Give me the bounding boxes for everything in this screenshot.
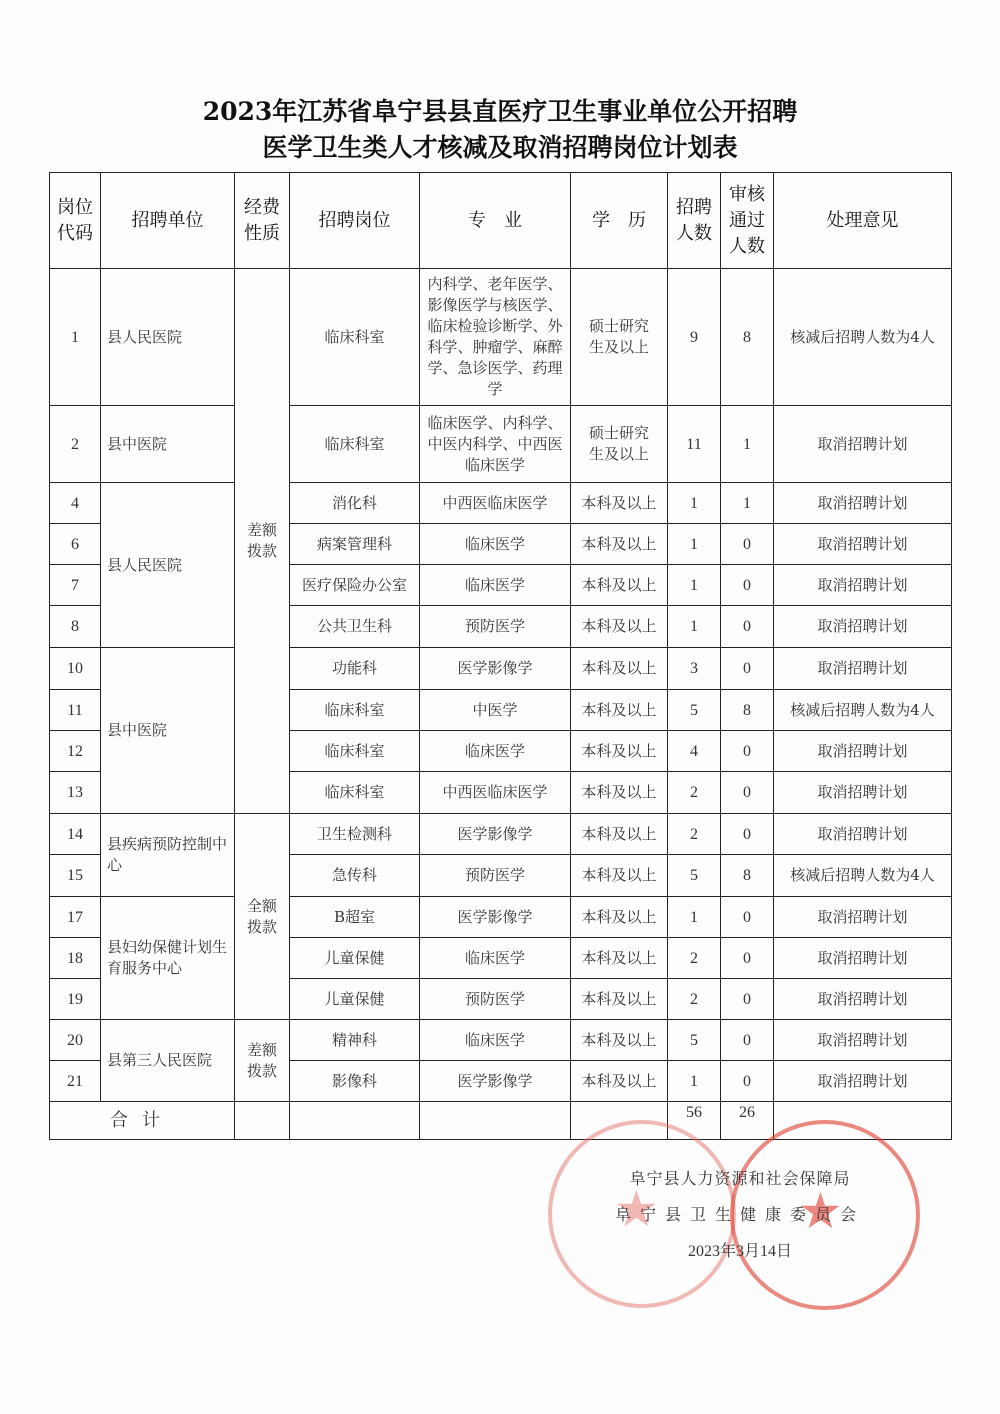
- cell-education: 本科及以上: [571, 483, 668, 524]
- cell-approved: 0: [721, 897, 774, 938]
- cell-approved: 0: [721, 565, 774, 606]
- cell-planned: 2: [668, 979, 721, 1020]
- cell-opinion: 取消招聘计划: [774, 772, 952, 814]
- header-funding: 经费性质: [235, 173, 290, 269]
- table-row: 20 县第三人民医院 差额拨款 精神科 临床医学 本科及以上 5 0 取消招聘计…: [50, 1020, 952, 1061]
- cell-position: 临床科室: [290, 269, 420, 406]
- cell-approved: 0: [721, 938, 774, 979]
- cell-education: 本科及以上: [571, 524, 668, 565]
- cell-position: 急传科: [290, 855, 420, 897]
- cell-education: 本科及以上: [571, 772, 668, 814]
- cell-major: 中医学: [420, 690, 571, 731]
- cell-planned: 1: [668, 483, 721, 524]
- cell-education: 本科及以上: [571, 690, 668, 731]
- cell-code: 11: [50, 690, 101, 731]
- cell-planned: 2: [668, 772, 721, 814]
- cell-unit: 县疾病预防控制中心: [101, 814, 235, 897]
- cell-planned: 1: [668, 524, 721, 565]
- cell-major: 中西医临床医学: [420, 483, 571, 524]
- cell-funding: 差额拨款: [235, 1020, 290, 1102]
- cell-unit: 县中医院: [101, 648, 235, 814]
- total-empty: [420, 1102, 571, 1140]
- cell-approved: 0: [721, 1061, 774, 1102]
- cell-code: 21: [50, 1061, 101, 1102]
- cell-major: 临床医学: [420, 938, 571, 979]
- cell-major: 临床医学: [420, 731, 571, 772]
- cell-code: 15: [50, 855, 101, 897]
- cell-position: 影像科: [290, 1061, 420, 1102]
- cell-planned: 1: [668, 606, 721, 648]
- cell-code: 14: [50, 814, 101, 855]
- table-row: 17 县妇幼保健计划生育服务中心 B超室 医学影像学 本科及以上 1 0 取消招…: [50, 897, 952, 938]
- cell-opinion: 取消招聘计划: [774, 814, 952, 855]
- header-education: 学 历: [571, 173, 668, 269]
- cell-unit: 县妇幼保健计划生育服务中心: [101, 897, 235, 1020]
- cell-education: 硕士研究生及以上: [571, 406, 668, 483]
- cell-position: 卫生检测科: [290, 814, 420, 855]
- cell-approved: 0: [721, 524, 774, 565]
- cell-code: 7: [50, 565, 101, 606]
- document-title-line2: 医学卫生类人才核减及取消招聘岗位计划表: [0, 128, 1000, 164]
- header-unit: 招聘单位: [101, 173, 235, 269]
- cell-unit: 县人民医院: [101, 269, 235, 406]
- cell-code: 12: [50, 731, 101, 772]
- header-planned: 招聘人数: [668, 173, 721, 269]
- cell-major: 预防医学: [420, 855, 571, 897]
- cell-position: 精神科: [290, 1020, 420, 1061]
- cell-position: 消化科: [290, 483, 420, 524]
- cell-education: 本科及以上: [571, 731, 668, 772]
- cell-position: 临床科室: [290, 690, 420, 731]
- cell-opinion: 核减后招聘人数为4人: [774, 855, 952, 897]
- header-approved: 审核通过人数: [721, 173, 774, 269]
- cell-education: 本科及以上: [571, 897, 668, 938]
- table-row: 14 县疾病预防控制中心 全额拨款 卫生检测科 医学影像学 本科及以上 2 0 …: [50, 814, 952, 855]
- cell-position: 公共卫生科: [290, 606, 420, 648]
- cell-major: 医学影像学: [420, 897, 571, 938]
- cell-major: 临床医学、内科学、中医内科学、中西医临床医学: [420, 406, 571, 483]
- cell-approved: 8: [721, 269, 774, 406]
- cell-position: 儿童保健: [290, 938, 420, 979]
- cell-education: 本科及以上: [571, 565, 668, 606]
- cell-planned: 9: [668, 269, 721, 406]
- cell-opinion: 取消招聘计划: [774, 524, 952, 565]
- cell-code: 18: [50, 938, 101, 979]
- cell-planned: 5: [668, 1020, 721, 1061]
- cell-opinion: 核减后招聘人数为4人: [774, 269, 952, 406]
- cell-unit: 县中医院: [101, 406, 235, 483]
- cell-major: 预防医学: [420, 606, 571, 648]
- cell-approved: 0: [721, 772, 774, 814]
- cell-approved: 0: [721, 814, 774, 855]
- table-row: 4 县人民医院 消化科 中西医临床医学 本科及以上 1 1 取消招聘计划: [50, 483, 952, 524]
- cell-position: B超室: [290, 897, 420, 938]
- cell-position: 功能科: [290, 648, 420, 690]
- cell-code: 17: [50, 897, 101, 938]
- cell-code: 4: [50, 483, 101, 524]
- cell-education: 本科及以上: [571, 855, 668, 897]
- cell-code: 20: [50, 1020, 101, 1061]
- cell-planned: 1: [668, 565, 721, 606]
- cell-code: 19: [50, 979, 101, 1020]
- signature-date: 2023年3月14日: [560, 1238, 920, 1261]
- cell-planned: 2: [668, 938, 721, 979]
- cell-position: 临床科室: [290, 772, 420, 814]
- cell-planned: 5: [668, 855, 721, 897]
- cell-approved: 0: [721, 606, 774, 648]
- cell-position: 临床科室: [290, 731, 420, 772]
- cell-approved: 1: [721, 483, 774, 524]
- cell-education: 本科及以上: [571, 648, 668, 690]
- header-row: 岗位代码 招聘单位 经费性质 招聘岗位 专 业 学 历 招聘人数 审核通过人数 …: [50, 173, 952, 269]
- cell-opinion: 取消招聘计划: [774, 938, 952, 979]
- cell-approved: 8: [721, 855, 774, 897]
- cell-unit: 县第三人民医院: [101, 1020, 235, 1102]
- table-row: 1 县人民医院 差额拨款 临床科室 内科学、老年医学、影像医学与核医学、临床检验…: [50, 269, 952, 406]
- cell-opinion: 取消招聘计划: [774, 648, 952, 690]
- cell-major: 临床医学: [420, 565, 571, 606]
- cell-education: 本科及以上: [571, 938, 668, 979]
- cell-education: 硕士研究生及以上: [571, 269, 668, 406]
- header-position: 招聘岗位: [290, 173, 420, 269]
- cell-code: 2: [50, 406, 101, 483]
- header-opinion: 处理意见: [774, 173, 952, 269]
- total-empty: [235, 1102, 290, 1140]
- signature-org1: 阜宁县人力资源和社会保障局: [560, 1166, 920, 1189]
- recruitment-table: 岗位代码 招聘单位 经费性质 招聘岗位 专 业 学 历 招聘人数 审核通过人数 …: [49, 172, 952, 1140]
- cell-opinion: 取消招聘计划: [774, 565, 952, 606]
- cell-planned: 1: [668, 1061, 721, 1102]
- cell-approved: 8: [721, 690, 774, 731]
- cell-major: 中西医临床医学: [420, 772, 571, 814]
- cell-major: 内科学、老年医学、影像医学与核医学、临床检验诊断学、外科学、肿瘤学、麻醉学、急诊…: [420, 269, 571, 406]
- cell-major: 医学影像学: [420, 648, 571, 690]
- cell-opinion: 取消招聘计划: [774, 731, 952, 772]
- cell-position: 医疗保险办公室: [290, 565, 420, 606]
- cell-approved: 1: [721, 406, 774, 483]
- cell-approved: 0: [721, 1020, 774, 1061]
- table-row: 10 县中医院 功能科 医学影像学 本科及以上 3 0 取消招聘计划: [50, 648, 952, 690]
- cell-planned: 1: [668, 897, 721, 938]
- cell-education: 本科及以上: [571, 1061, 668, 1102]
- cell-opinion: 取消招聘计划: [774, 1061, 952, 1102]
- cell-code: 6: [50, 524, 101, 565]
- cell-position: 儿童保健: [290, 979, 420, 1020]
- total-label: 合计: [50, 1102, 235, 1140]
- cell-opinion: 核减后招聘人数为4人: [774, 690, 952, 731]
- cell-approved: 0: [721, 979, 774, 1020]
- cell-opinion: 取消招聘计划: [774, 606, 952, 648]
- cell-approved: 0: [721, 731, 774, 772]
- document-title-line1: 2023年江苏省阜宁县县直医疗卫生事业单位公开招聘: [0, 92, 1000, 128]
- cell-planned: 2: [668, 814, 721, 855]
- cell-major: 医学影像学: [420, 814, 571, 855]
- cell-position: 病案管理科: [290, 524, 420, 565]
- cell-code: 10: [50, 648, 101, 690]
- cell-education: 本科及以上: [571, 814, 668, 855]
- signature-org2: 阜宁县卫生健康委员会: [560, 1202, 920, 1225]
- cell-opinion: 取消招聘计划: [774, 483, 952, 524]
- cell-planned: 5: [668, 690, 721, 731]
- cell-opinion: 取消招聘计划: [774, 1020, 952, 1061]
- header-code: 岗位代码: [50, 173, 101, 269]
- cell-education: 本科及以上: [571, 1020, 668, 1061]
- cell-major: 临床医学: [420, 524, 571, 565]
- cell-major: 预防医学: [420, 979, 571, 1020]
- cell-education: 本科及以上: [571, 606, 668, 648]
- table-row: 2 县中医院 临床科室 临床医学、内科学、中医内科学、中西医临床医学 硕士研究生…: [50, 406, 952, 483]
- cell-code: 13: [50, 772, 101, 814]
- cell-planned: 11: [668, 406, 721, 483]
- cell-opinion: 取消招聘计划: [774, 406, 952, 483]
- cell-funding: 差额拨款: [235, 269, 290, 814]
- cell-unit: 县人民医院: [101, 483, 235, 648]
- cell-opinion: 取消招聘计划: [774, 979, 952, 1020]
- header-major: 专 业: [420, 173, 571, 269]
- cell-position: 临床科室: [290, 406, 420, 483]
- cell-planned: 3: [668, 648, 721, 690]
- cell-code: 8: [50, 606, 101, 648]
- cell-approved: 0: [721, 648, 774, 690]
- cell-funding: 全额拨款: [235, 814, 290, 1020]
- cell-planned: 4: [668, 731, 721, 772]
- total-empty: [290, 1102, 420, 1140]
- cell-major: 医学影像学: [420, 1061, 571, 1102]
- cell-opinion: 取消招聘计划: [774, 897, 952, 938]
- total-approved: 26: [721, 1102, 774, 1140]
- cell-education: 本科及以上: [571, 979, 668, 1020]
- cell-major: 临床医学: [420, 1020, 571, 1061]
- cell-code: 1: [50, 269, 101, 406]
